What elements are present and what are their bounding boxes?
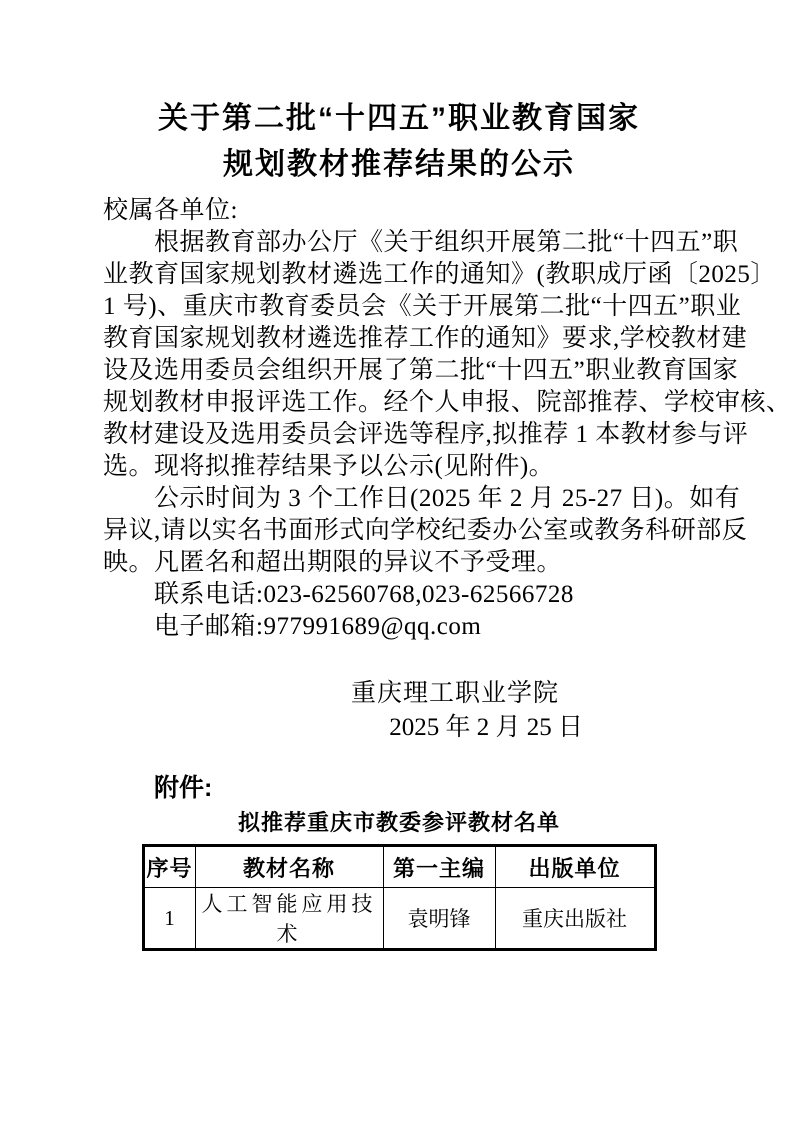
paragraph1-line: 设及选用委员会组织开展了第二批“十四五”职业教育国家 [103, 355, 695, 387]
header-cell-first-editor: 第一主编 [383, 846, 495, 888]
paragraph1-line: 教材建设及选用委员会评选等程序,拟推荐 1 本教材参与评 [103, 419, 695, 451]
signature-organization: 重庆理工职业学院 [103, 677, 695, 711]
contact-phone: 联系电话:023-62560768,023-62566728 [103, 579, 695, 611]
document-content: 关于第二批“十四五”职业教育国家 规划教材推荐结果的公示 校属各单位: 根据教育… [0, 0, 793, 951]
table-header-row: 序号 教材名称 第一主编 出版单位 [143, 846, 655, 888]
contact-email: 电子邮箱:977991689@qq.com [103, 611, 695, 643]
cell-publisher: 重庆出版社 [495, 888, 655, 950]
paragraph1-line: 1 号)、重庆市教育委员会《关于开展第二批“十四五”职业 [103, 291, 695, 323]
signature-date: 2025 年 2 月 25 日 [103, 711, 695, 745]
textbook-roster-table: 序号 教材名称 第一主编 出版单位 1 人工智能应用技术 袁明锋 重庆出版社 [142, 844, 657, 951]
document-title: 关于第二批“十四五”职业教育国家 规划教材推荐结果的公示 [103, 96, 695, 188]
document-title-line-1: 关于第二批“十四五”职业教育国家 [103, 96, 695, 142]
attachment-label: 附件: [103, 772, 695, 804]
paragraph2-line: 异议,请以实名书面形式向学校纪委办公室或教务科研部反 [103, 515, 695, 547]
header-cell-publisher: 出版单位 [495, 846, 655, 888]
paragraph2-line: 公示时间为 3 个工作日(2025 年 2 月 25-27 日)。如有 [103, 483, 695, 515]
attachment-table-title: 拟推荐重庆市教委参评教材名单 [103, 806, 695, 840]
signature-block: 重庆理工职业学院 2025 年 2 月 25 日 [103, 677, 695, 745]
cell-first-editor: 袁明锋 [383, 888, 495, 950]
paragraph1-line: 根据教育部办公厅《关于组织开展第二批“十四五”职 [103, 227, 695, 259]
header-cell-serial-number: 序号 [143, 846, 195, 888]
document-body: 校属各单位: 根据教育部办公厅《关于组织开展第二批“十四五”职 业教育国家规划教… [103, 195, 695, 643]
paragraph1-line: 选。现将拟推荐结果予以公示(见附件)。 [103, 451, 695, 483]
cell-serial-number: 1 [143, 888, 195, 950]
document-title-line-2: 规划教材推荐结果的公示 [103, 142, 695, 188]
salutation: 校属各单位: [103, 195, 695, 227]
paragraph2-line: 映。凡匿名和超出期限的异议不予受理。 [103, 547, 695, 579]
paragraph1-line: 教育国家规划教材遴选推荐工作的通知》要求,学校教材建 [103, 323, 695, 355]
table-row: 1 人工智能应用技术 袁明锋 重庆出版社 [143, 888, 655, 950]
paragraph1-line: 规划教材申报评选工作。经个人申报、院部推荐、学校审核、 [103, 387, 695, 419]
header-cell-textbook-name: 教材名称 [195, 846, 383, 888]
document-page: 关于第二批“十四五”职业教育国家 规划教材推荐结果的公示 校属各单位: 根据教育… [0, 0, 793, 1122]
paragraph1-line: 业教育国家规划教材遴选工作的通知》(教职成厅函〔2025〕 [103, 259, 695, 291]
cell-textbook-name: 人工智能应用技术 [195, 888, 383, 950]
